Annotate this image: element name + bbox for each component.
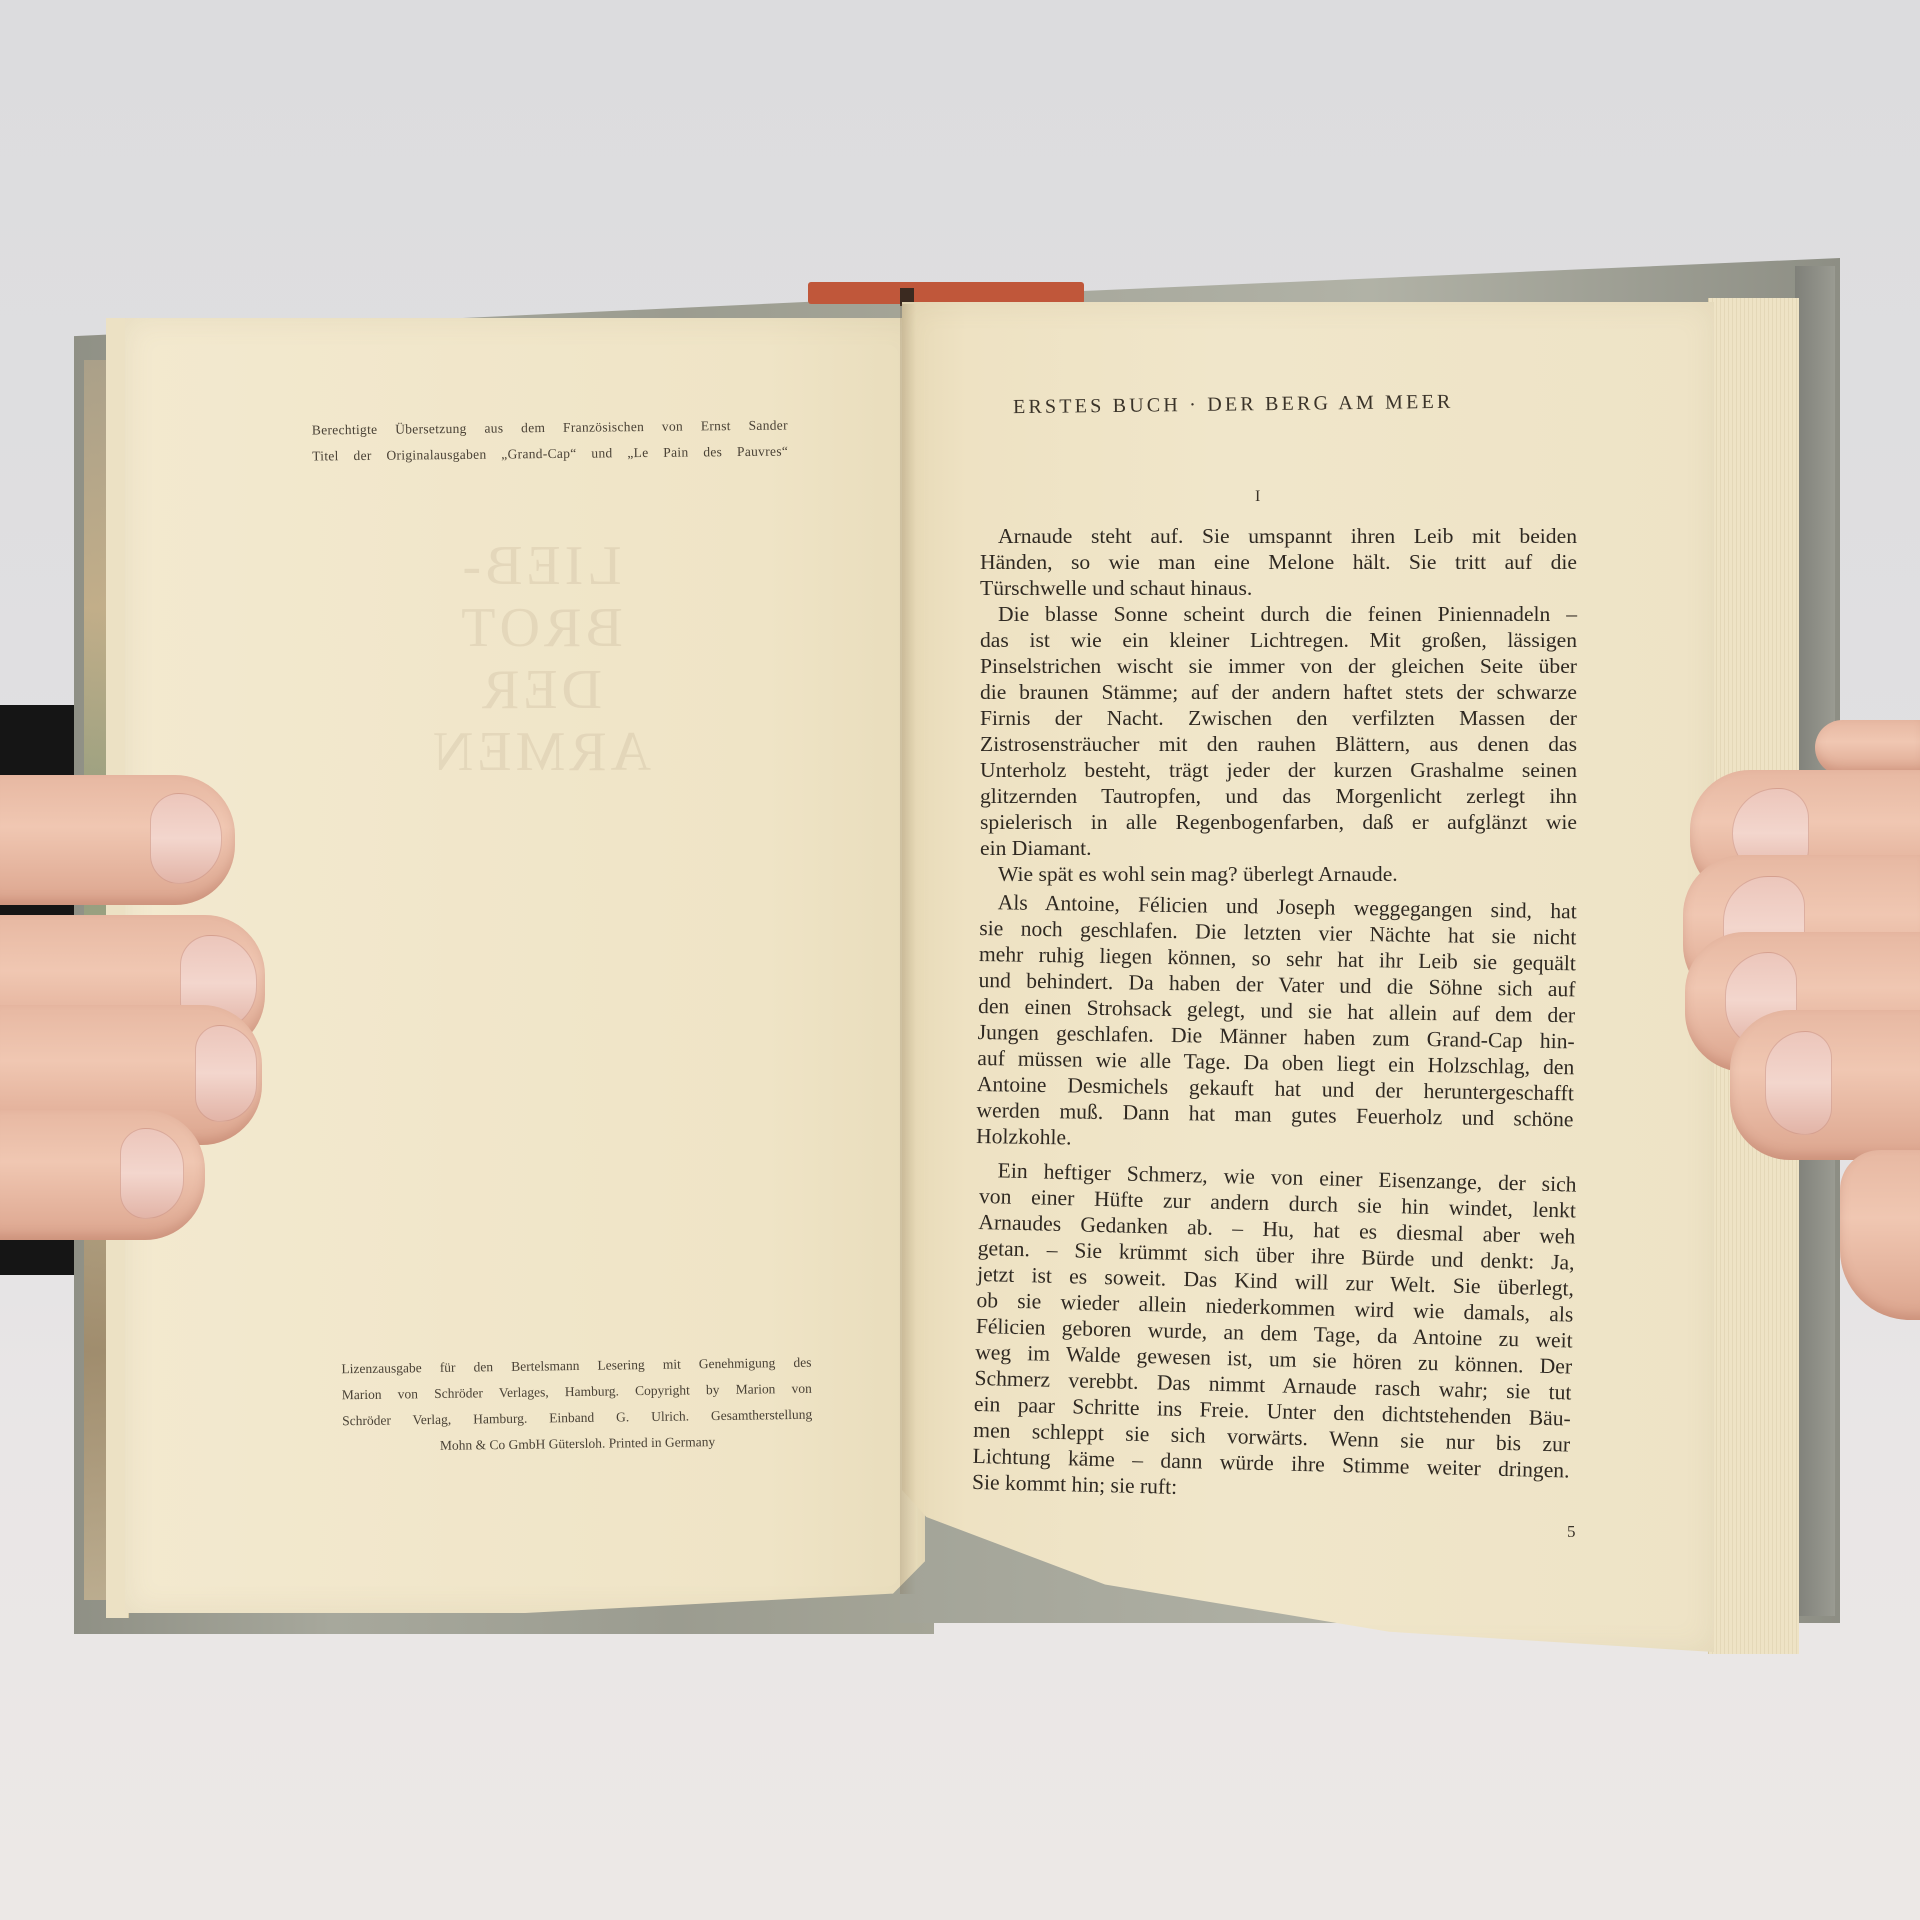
chapter-number: I xyxy=(1255,488,1260,506)
finger xyxy=(1815,720,1920,775)
book-gutter xyxy=(900,304,916,1594)
text-line: Die blasse Sonne scheint durch die feine… xyxy=(980,601,1577,627)
photo-scene: Berechtigte Übersetzung aus dem Französi… xyxy=(0,0,1920,1920)
text-line: Zistrosensträucher mit den rauhen Blätte… xyxy=(980,731,1577,757)
fingernail xyxy=(1765,1031,1832,1135)
text-line: Firnis der Nacht. Zwischen den verfilzte… xyxy=(980,705,1577,731)
finger xyxy=(0,775,235,905)
fingernail xyxy=(150,793,222,883)
publisher-imprint: Lizenzausgabe für den Bertelsmann Leseri… xyxy=(341,1350,812,1461)
finger xyxy=(0,1110,205,1240)
text-line: das ist wie ein kleiner Lichtregen. Mit … xyxy=(980,627,1577,653)
text-line: Pinselstrichen wischt sie immer von der … xyxy=(980,653,1577,679)
text-line: die braunen Stämme; auf der andern hafte… xyxy=(980,679,1577,705)
body-text: Arnaude steht auf. Sie umspannt ihren Le… xyxy=(980,523,1577,1495)
show-through-title: LIEB- BROT DER ARMEN xyxy=(400,535,680,783)
translation-credit: Berechtigte Übersetzung aus dem Französi… xyxy=(312,413,789,470)
text-line: ein Diamant. xyxy=(980,835,1577,861)
text-line: Wie spät es wohl sein mag? überlegt Arna… xyxy=(980,861,1577,887)
text-line: glitzernden Tautropfen, und das Morgenli… xyxy=(980,783,1577,809)
text-line: Türschwelle und schaut hinaus. xyxy=(980,575,1577,601)
text-block: Ein heftiger Schmerz, wie von einer Eise… xyxy=(972,1157,1577,1509)
book-spine-headband xyxy=(808,282,1084,304)
text-block: Arnaude steht auf. Sie umspannt ihren Le… xyxy=(980,523,1577,887)
text-line: Arnaude steht auf. Sie umspannt ihren Le… xyxy=(980,523,1577,549)
page-number: 5 xyxy=(1567,1522,1576,1542)
text-line: Händen, so wie man eine Melone hält. Sie… xyxy=(980,549,1577,575)
fingernail xyxy=(120,1128,184,1218)
text-line: Unterholz besteht, trägt jeder der kurze… xyxy=(980,757,1577,783)
fingernail xyxy=(195,1025,257,1122)
palm xyxy=(1840,1150,1920,1320)
text-line: spielerisch in alle Regenbogenfarben, da… xyxy=(980,809,1577,835)
text-block: Als Antoine, Félicien und Joseph weggega… xyxy=(976,889,1577,1158)
credit-line: Titel der Originalausgaben „Grand-Cap“ u… xyxy=(312,439,788,470)
finger xyxy=(1730,1010,1920,1160)
